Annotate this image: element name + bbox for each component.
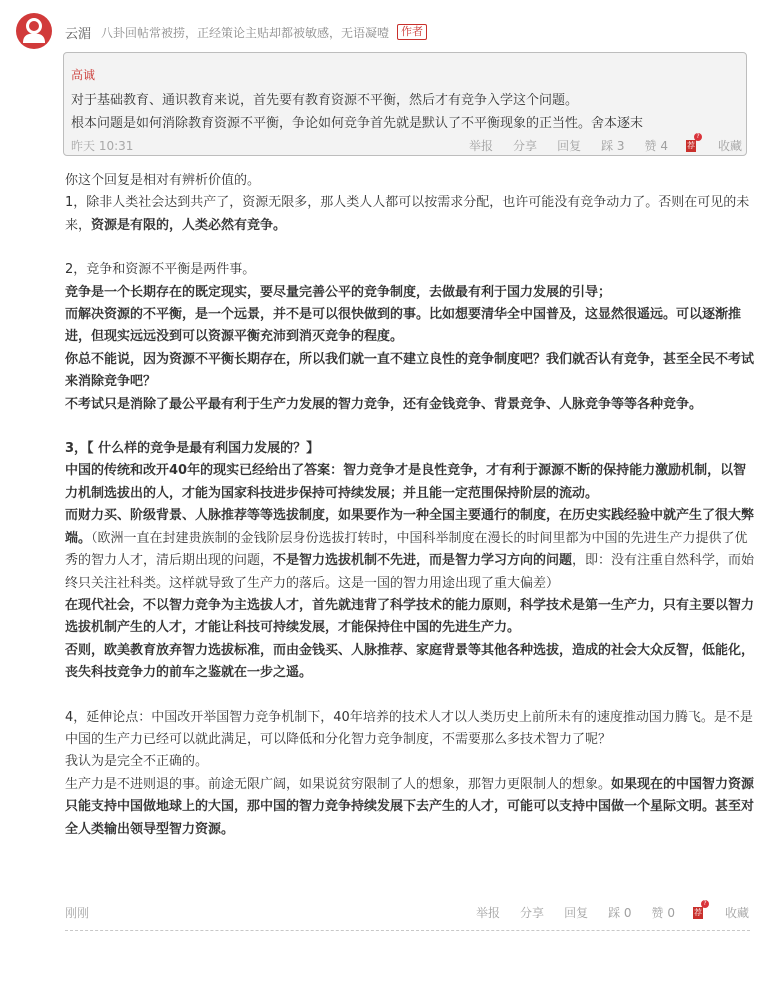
body-paragraph: 我认为是完全不正确的。 — [65, 751, 755, 773]
body-paragraph: 4，延伸论点：中国改开举国智力竞争机制下，40年培养的技术人才以人类历史上前所未… — [65, 707, 755, 752]
username-link[interactable]: 云湄 — [65, 23, 91, 42]
report-button[interactable]: 举报 — [469, 137, 493, 154]
report-button[interactable]: 举报 — [476, 904, 500, 921]
post-body: 你这个回复是相对有辨析价值的。 1，除非人类社会达到共产了，资源无限多，那人类人… — [65, 170, 755, 841]
quoted-username[interactable]: 高诚 — [71, 66, 95, 83]
body-paragraph: 你这个回复是相对有辨析价值的。 — [65, 170, 755, 192]
body-paragraph: 1，除非人类社会达到共产了，资源无限多，那人类人人都可以按需求分配，也许可能没有… — [65, 192, 755, 237]
paragraph-gap — [65, 237, 755, 259]
post-action-bar: 举报 分享 回复 踩 0 赞 0 荐? 收藏 — [476, 904, 749, 921]
dislike-button[interactable]: 踩 3 — [601, 137, 624, 154]
author-badge: 作者 — [397, 24, 427, 40]
user-avatar-icon[interactable] — [16, 13, 52, 49]
post-divider — [65, 930, 750, 931]
dislike-button[interactable]: 踩 0 — [608, 904, 631, 921]
paragraph-gap — [65, 685, 755, 707]
quote-timestamp: 昨天 10:31 — [71, 137, 133, 154]
body-paragraph: 你总不能说，因为资源不平衡长期存在，所以我们就一直不建立良性的竞争制度吧？我们就… — [65, 349, 755, 394]
body-paragraph: 2，竞争和资源不平衡是两件事。 — [65, 259, 755, 281]
like-button[interactable]: 赞 0 — [652, 904, 675, 921]
favorite-button[interactable]: 收藏 — [718, 137, 742, 154]
recommend-icon[interactable]: 荐? — [693, 907, 703, 919]
help-badge-icon: ? — [694, 133, 702, 141]
quote-text-line: 对于基础教育、通识教育来说，首先要有教育资源不平衡，然后才有竞争入学这个问题。 — [71, 89, 578, 108]
body-paragraph: 而解决资源的不平衡，是一个远景，并不是可以很快做到的事。比如想要清华全中国普及，… — [65, 304, 755, 349]
recommend-label: 荐 — [687, 141, 695, 150]
help-badge-icon: ? — [701, 900, 709, 908]
quoted-reply: 高诚 对于基础教育、通识教育来说，首先要有教育资源不平衡，然后才有竞争入学这个问… — [63, 52, 747, 156]
body-paragraph: 而财力买、阶级背景、人脉推荐等等选拔制度，如果要作为一种全国主要通行的制度，在历… — [65, 505, 755, 595]
post-header: 云湄 八卦回帖常被捞，正经策论主贴却都被敏感，无语凝噎 作者 — [65, 22, 427, 42]
body-paragraph: 生产力是不进则退的事。前途无限广阔，如果说贫穷限制了人的想象，那智力更限制人的想… — [65, 774, 755, 841]
body-paragraph: 不考试只是消除了最公平最有利于生产力发展的智力竞争，还有金钱竞争、背景竞争、人脉… — [65, 394, 755, 416]
reply-button[interactable]: 回复 — [564, 904, 588, 921]
body-paragraph: 否则，欧美教育放弃智力选拔标准，而由金钱买、人脉推荐、家庭背景等其他各种选拔，造… — [65, 640, 755, 685]
quote-text-line: 根本问题是如何消除教育资源不平衡，争论如何竞争首先就是默认了不平衡现象的正当性。… — [71, 112, 643, 131]
body-text-normal: 生产力是不进则退的事。前途无限广阔，如果说贫穷限制了人的想象，那智力更限制人的想… — [65, 777, 611, 792]
share-button[interactable]: 分享 — [520, 904, 544, 921]
paragraph-gap — [65, 416, 755, 438]
recommend-label: 荐 — [694, 908, 702, 917]
like-button[interactable]: 赞 4 — [645, 137, 668, 154]
quote-action-bar: 举报 分享 回复 踩 3 赞 4 荐? 收藏 — [469, 137, 742, 154]
body-text-bold: 资源是有限的，人类必然有竞争。 — [91, 218, 286, 233]
body-paragraph: 竞争是一个长期存在的既定现实，要尽量完善公平的竞争制度，去做最有利于国力发展的引… — [65, 282, 755, 304]
body-paragraph: 在现代社会，不以智力竞争为主选拔人才，首先就违背了科学技术的能力原则，科学技术是… — [65, 595, 755, 640]
favorite-button[interactable]: 收藏 — [725, 904, 749, 921]
reply-button[interactable]: 回复 — [557, 137, 581, 154]
post-timestamp: 刚刚 — [65, 904, 89, 921]
body-paragraph: 中国的传统和改开40年的现实已经给出了答案：智力竞争才是良性竞争，才有利于源源不… — [65, 460, 755, 505]
user-signature: 八卦回帖常被捞，正经策论主贴却都被敏感，无语凝噎 — [101, 24, 389, 41]
recommend-icon[interactable]: 荐? — [686, 140, 696, 152]
share-button[interactable]: 分享 — [513, 137, 537, 154]
section-heading: 3，【 什么样的竞争是最有利国力发展的？】 — [65, 438, 755, 460]
body-text-bold: 不是智力选拔机制不先进，而是智力学习方向的问题 — [273, 553, 572, 568]
